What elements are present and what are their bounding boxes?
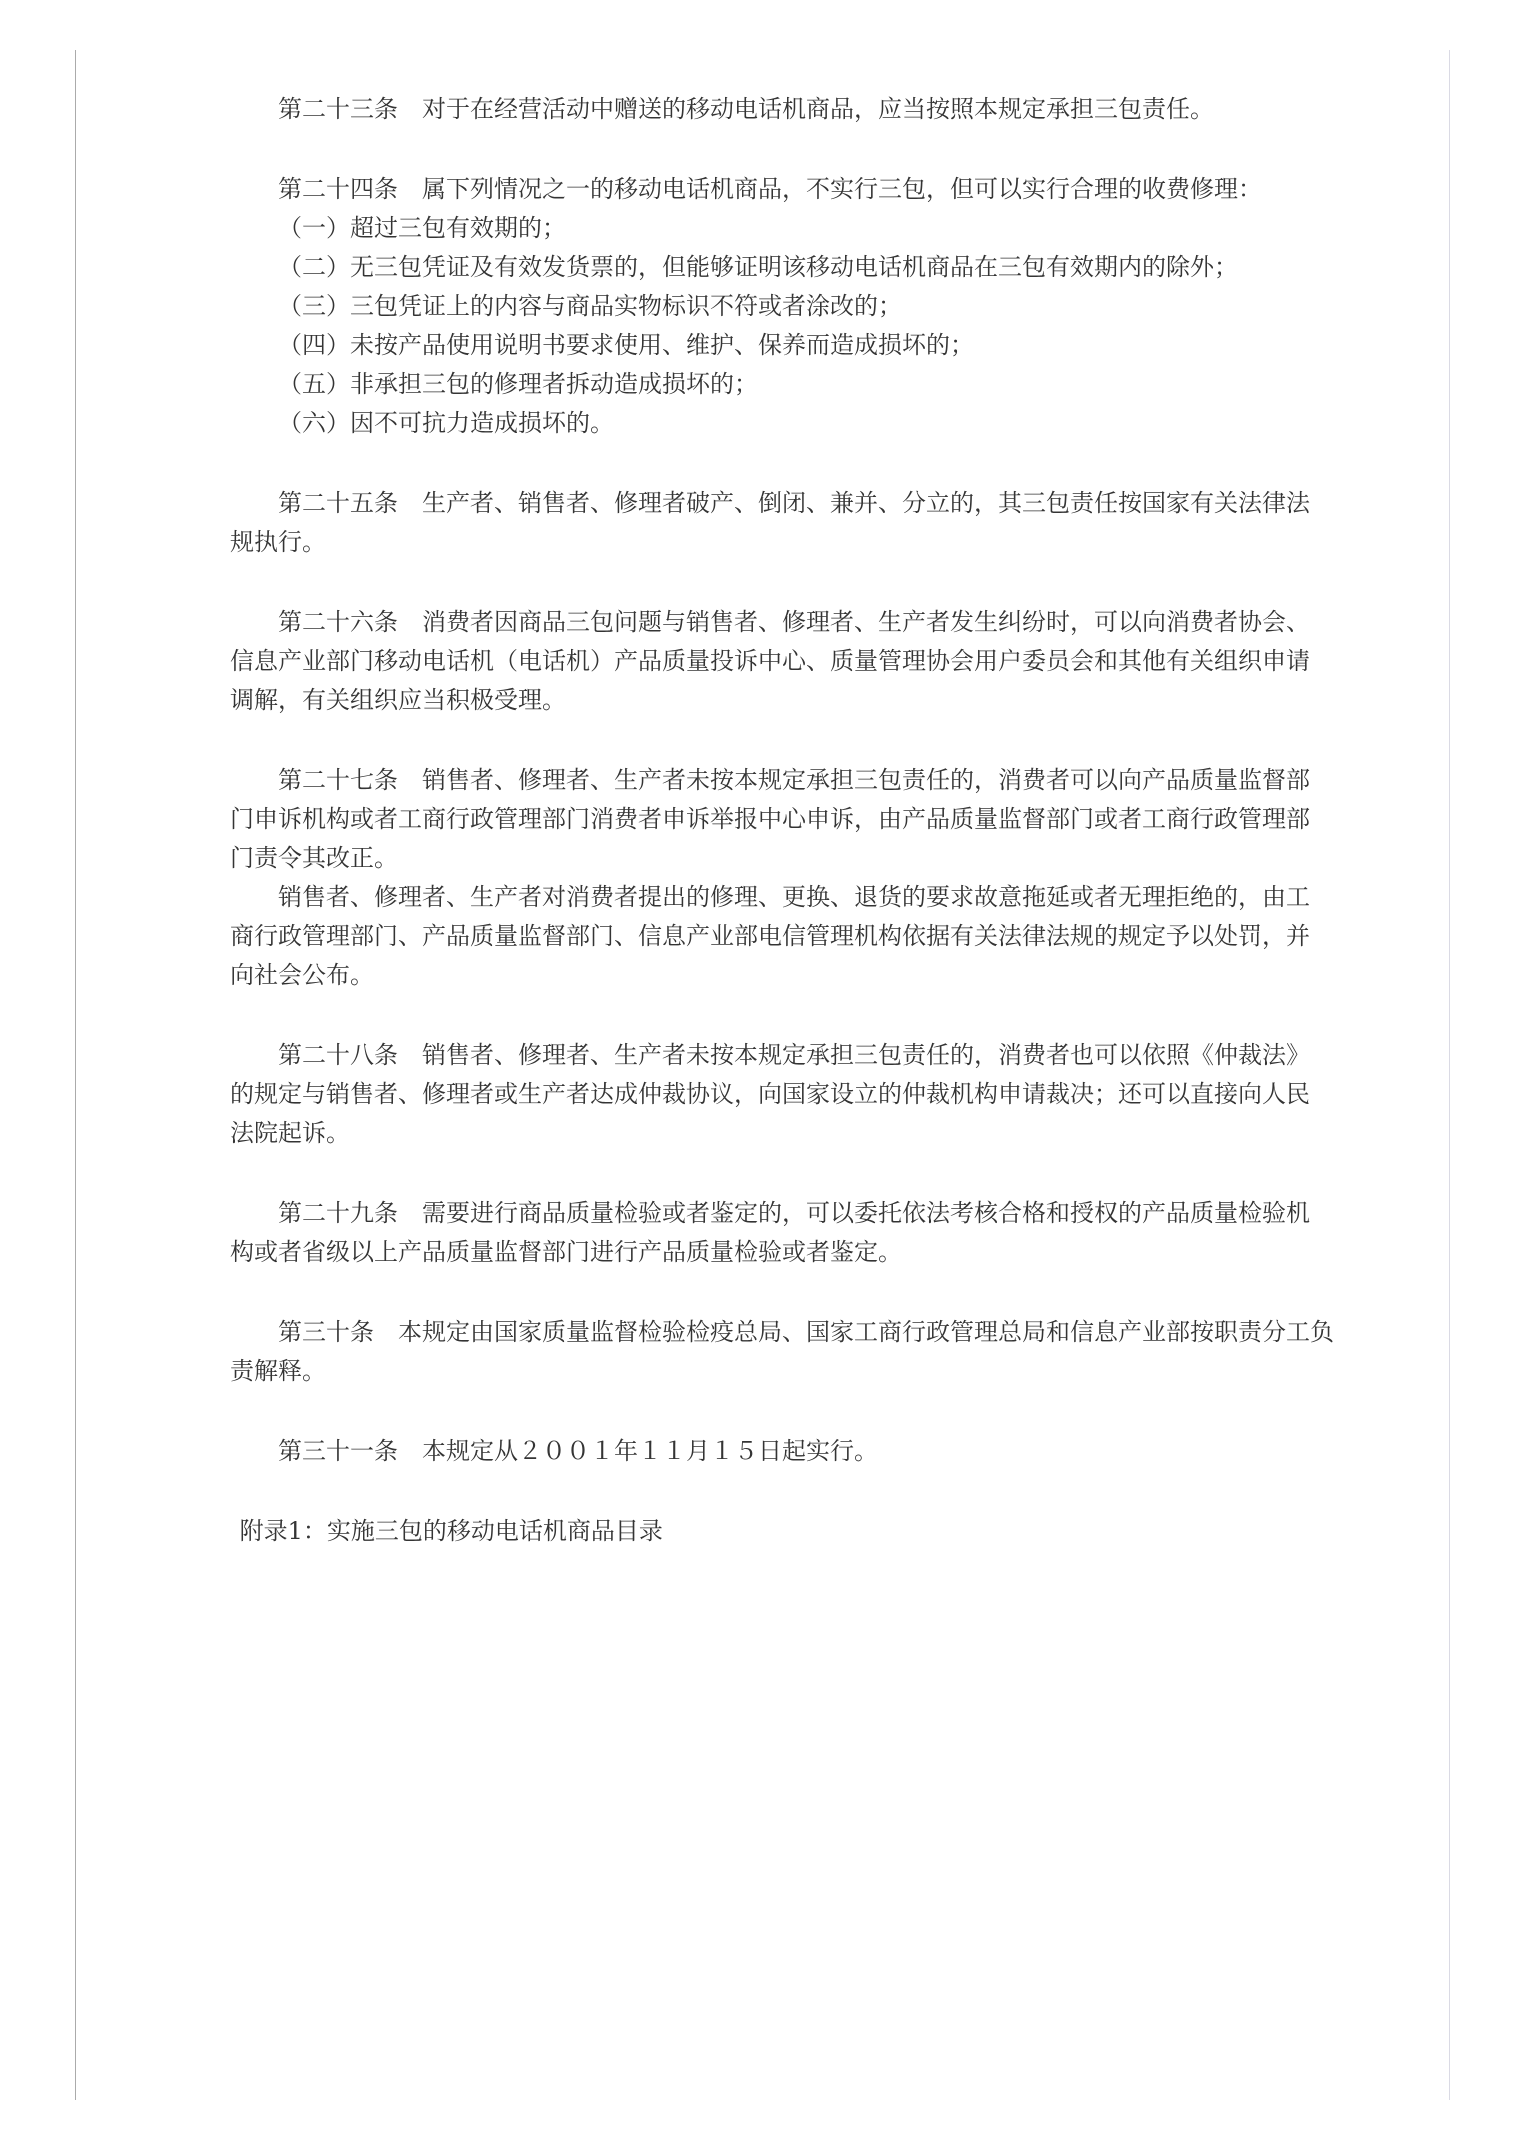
article-30: 第三十条 本规定由国家质量监督检验检疫总局、国家工商行政管理总局和信息产业部按职…: [230, 1313, 1325, 1391]
article-25: 第二十五条 生产者、销售者、修理者破产、倒闭、兼并、分立的，其三包责任按国家有关…: [230, 484, 1325, 562]
text-line: 销售者、修理者、生产者对消费者提出的修理、更换、退货的要求故意拖延或者无理拒绝的…: [230, 878, 1325, 917]
text-line: （六）因不可抗力造成损坏的。: [230, 404, 1325, 443]
text-line: 第三十条 本规定由国家质量监督检验检疫总局、国家工商行政管理总局和信息产业部按职…: [230, 1313, 1325, 1352]
article-29: 第二十九条 需要进行商品质量检验或者鉴定的，可以委托依法考核合格和授权的产品质量…: [230, 1194, 1325, 1272]
text-line: 第二十六条 消费者因商品三包问题与销售者、修理者、生产者发生纠纷时，可以向消费者…: [230, 603, 1325, 642]
appendix-1: 附录1：实施三包的移动电话机商品目录: [230, 1512, 1325, 1551]
text-line: 附录1：实施三包的移动电话机商品目录: [230, 1512, 1325, 1551]
article-31: 第三十一条 本规定从２００１年１１月１５日起实行。: [230, 1432, 1325, 1471]
document-page: 第二十三条 对于在经营活动中赠送的移动电话机商品，应当按照本规定承担三包责任。第…: [0, 0, 1520, 2150]
article-26: 第二十六条 消费者因商品三包问题与销售者、修理者、生产者发生纠纷时，可以向消费者…: [230, 603, 1325, 720]
text-line: 商行政管理部门、产品质量监督部门、信息产业部电信管理机构依据有关法律法规的规定予…: [230, 917, 1325, 956]
text-line: 向社会公布。: [230, 956, 1325, 995]
text-line: 第二十四条 属下列情况之一的移动电话机商品，不实行三包，但可以实行合理的收费修理…: [230, 170, 1325, 209]
text-line: 第二十九条 需要进行商品质量检验或者鉴定的，可以委托依法考核合格和授权的产品质量…: [230, 1194, 1325, 1233]
text-line: 信息产业部门移动电话机（电话机）产品质量投诉中心、质量管理协会用户委员会和其他有…: [230, 642, 1325, 681]
text-line: 第二十七条 销售者、修理者、生产者未按本规定承担三包责任的，消费者可以向产品质量…: [230, 761, 1325, 800]
text-line: 责解释。: [230, 1352, 1325, 1391]
article-24: 第二十四条 属下列情况之一的移动电话机商品，不实行三包，但可以实行合理的收费修理…: [230, 170, 1325, 443]
text-line: 第二十八条 销售者、修理者、生产者未按本规定承担三包责任的，消费者也可以依照《仲…: [230, 1036, 1325, 1075]
page-border-right: [1449, 50, 1450, 2100]
text-line: 第二十五条 生产者、销售者、修理者破产、倒闭、兼并、分立的，其三包责任按国家有关…: [230, 484, 1325, 523]
article-28: 第二十八条 销售者、修理者、生产者未按本规定承担三包责任的，消费者也可以依照《仲…: [230, 1036, 1325, 1153]
text-line: 门责令其改正。: [230, 839, 1325, 878]
text-line: （三）三包凭证上的内容与商品实物标识不符或者涂改的；: [230, 287, 1325, 326]
text-line: 法院起诉。: [230, 1114, 1325, 1153]
document-body: 第二十三条 对于在经营活动中赠送的移动电话机商品，应当按照本规定承担三包责任。第…: [230, 90, 1325, 1551]
text-line: （二）无三包凭证及有效发货票的，但能够证明该移动电话机商品在三包有效期内的除外；: [230, 248, 1325, 287]
text-line: 第二十三条 对于在经营活动中赠送的移动电话机商品，应当按照本规定承担三包责任。: [230, 90, 1325, 129]
text-line: （四）未按产品使用说明书要求使用、维护、保养而造成损坏的；: [230, 326, 1325, 365]
page-border-left: [75, 50, 76, 2100]
text-line: （一）超过三包有效期的；: [230, 209, 1325, 248]
article-27: 第二十七条 销售者、修理者、生产者未按本规定承担三包责任的，消费者可以向产品质量…: [230, 761, 1325, 995]
article-23: 第二十三条 对于在经营活动中赠送的移动电话机商品，应当按照本规定承担三包责任。: [230, 90, 1325, 129]
text-line: （五）非承担三包的修理者拆动造成损坏的；: [230, 365, 1325, 404]
text-line: 构或者省级以上产品质量监督部门进行产品质量检验或者鉴定。: [230, 1233, 1325, 1272]
text-line: 规执行。: [230, 523, 1325, 562]
text-line: 门申诉机构或者工商行政管理部门消费者申诉举报中心申诉，由产品质量监督部门或者工商…: [230, 800, 1325, 839]
text-line: 的规定与销售者、修理者或生产者达成仲裁协议，向国家设立的仲裁机构申请裁决；还可以…: [230, 1075, 1325, 1114]
text-line: 第三十一条 本规定从２００１年１１月１５日起实行。: [230, 1432, 1325, 1471]
text-line: 调解，有关组织应当积极受理。: [230, 681, 1325, 720]
